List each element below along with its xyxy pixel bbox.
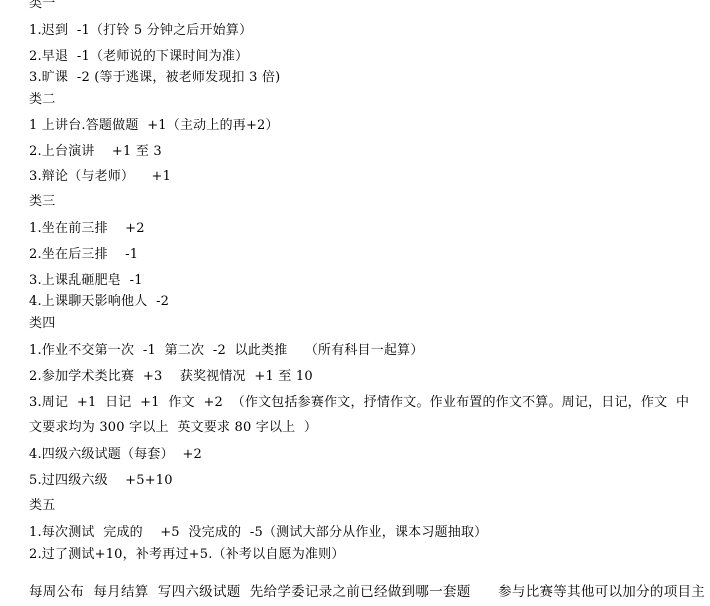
rule-item: 1.每次测试 完成的 +5 没完成的 -5（测试大部分从作业，课本习题抽取） — [29, 525, 487, 541]
rule-item: 3.辩论（与老师） +1 — [29, 169, 171, 185]
rule-item: 3.旷课 -2 (等于逃课，被老师发现扣 3 倍) — [29, 70, 280, 86]
footer-note: 每周公布 每月结算 写四六级试题 先给学委记录之前已经做到哪一套题 参与比赛等其… — [29, 584, 705, 600]
section-heading-3: 类三 — [29, 194, 55, 210]
section-heading-1: 类一 — [29, 0, 55, 12]
section-heading-4: 类四 — [29, 316, 55, 332]
rule-item: 2.坐在后三排 -1 — [29, 247, 138, 263]
rule-item: 1.作业不交第一次 -1 第二次 -2 以此类推 （所有科目一起算） — [29, 343, 424, 359]
rule-item: 2.早退 -1（老师说的下课时间为准） — [29, 49, 248, 65]
rule-item: 4.四级六级试题（每套） +2 — [29, 447, 202, 463]
rule-item: 1.坐在前三排 +2 — [29, 221, 145, 237]
rule-item: 2.参加学术类比赛 +3 获奖视情况 +1 至 10 — [29, 369, 313, 385]
rule-item: 2.过了测试+10，补考再过+5.（补考以自愿为准则） — [29, 547, 345, 563]
section-heading-2: 类二 — [29, 92, 55, 108]
rule-item-continuation: 文要求均为 300 字以上 英文要求 80 字以上 ） — [29, 420, 317, 436]
rule-item: 4.上课聊天影响他人 -2 — [29, 294, 169, 310]
rule-item: 3.周记 +1 日记 +1 作文 +2 （作文包括参赛作文，抒情作文。作业布置的… — [29, 395, 689, 411]
rule-item: 2.上台演讲 +1 至 3 — [29, 144, 162, 160]
rule-item: 3.上课乱砸肥皂 -1 — [29, 273, 143, 289]
rule-item: 1 上讲台.答题做题 +1（主动上的再+2） — [29, 118, 279, 134]
section-heading-5: 类五 — [29, 498, 55, 514]
rule-item: 5.过四级六级 +5+10 — [29, 473, 173, 489]
document-page: 类一 1.迟到 -1（打铃 5 分钟之后开始算） 2.早退 -1（老师说的下课时… — [0, 0, 710, 606]
rule-item: 1.迟到 -1（打铃 5 分钟之后开始算） — [29, 23, 252, 39]
